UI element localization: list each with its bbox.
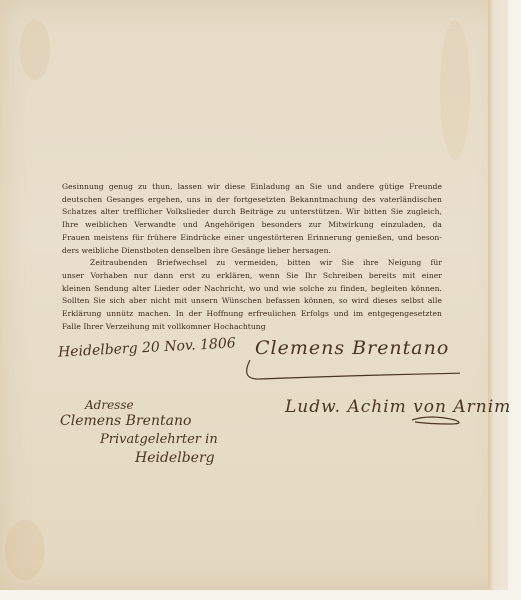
- address-title: Privatgelehrter in: [100, 432, 218, 447]
- paragraph-1: Gesinnung genug zu thun, lassen wir dies…: [62, 181, 442, 257]
- text-line: ders weibliche Dienstboten denselben ihr…: [62, 245, 442, 258]
- text-line: Sollten Sie sich aber nicht mit unsern W…: [62, 295, 442, 308]
- paper-stain: [440, 20, 470, 160]
- text-line: Erklärung unnütz machen. In der Hoffnung…: [62, 308, 442, 321]
- address-label: Adresse: [85, 398, 134, 412]
- text-line: Frauen meistens für frühere Eindrücke ei…: [62, 232, 442, 245]
- paper-stain: [5, 520, 45, 580]
- text-line: kleinen Sendung alter Lieder oder Nachri…: [62, 283, 442, 296]
- paragraph-2: Zeitraubenden Briefwechsel zu vermeiden,…: [62, 257, 442, 333]
- paper-stain: [20, 20, 50, 80]
- text-line: Schatzes alter trefflicher Volkslieder d…: [62, 206, 442, 219]
- text-line: deutschen Gesanges ergehen, uns in der f…: [62, 194, 442, 207]
- text-line: unser Vorhaben nur dann erst zu erklären…: [62, 270, 442, 283]
- address-name: Clemens Brentano: [60, 413, 191, 429]
- text-line: Zeitraubenden Briefwechsel zu vermeiden,…: [62, 257, 442, 270]
- address-city: Heidelberg: [135, 450, 215, 466]
- signature-flourish: [240, 355, 460, 385]
- printed-letter-text: Gesinnung genug zu thun, lassen wir dies…: [62, 181, 442, 333]
- signature-flourish: [410, 410, 470, 430]
- text-line: Gesinnung genug zu thun, lassen wir dies…: [62, 181, 442, 194]
- text-line: Ihre weiblichen Verwandte und Angehörige…: [62, 219, 442, 232]
- page-fold-edge: [488, 0, 508, 590]
- text-line: Falle Ihrer Verzeihung mit vollkomner Ho…: [62, 321, 442, 334]
- signature-arnim: Ludw. Achim von Arnim: [285, 397, 511, 417]
